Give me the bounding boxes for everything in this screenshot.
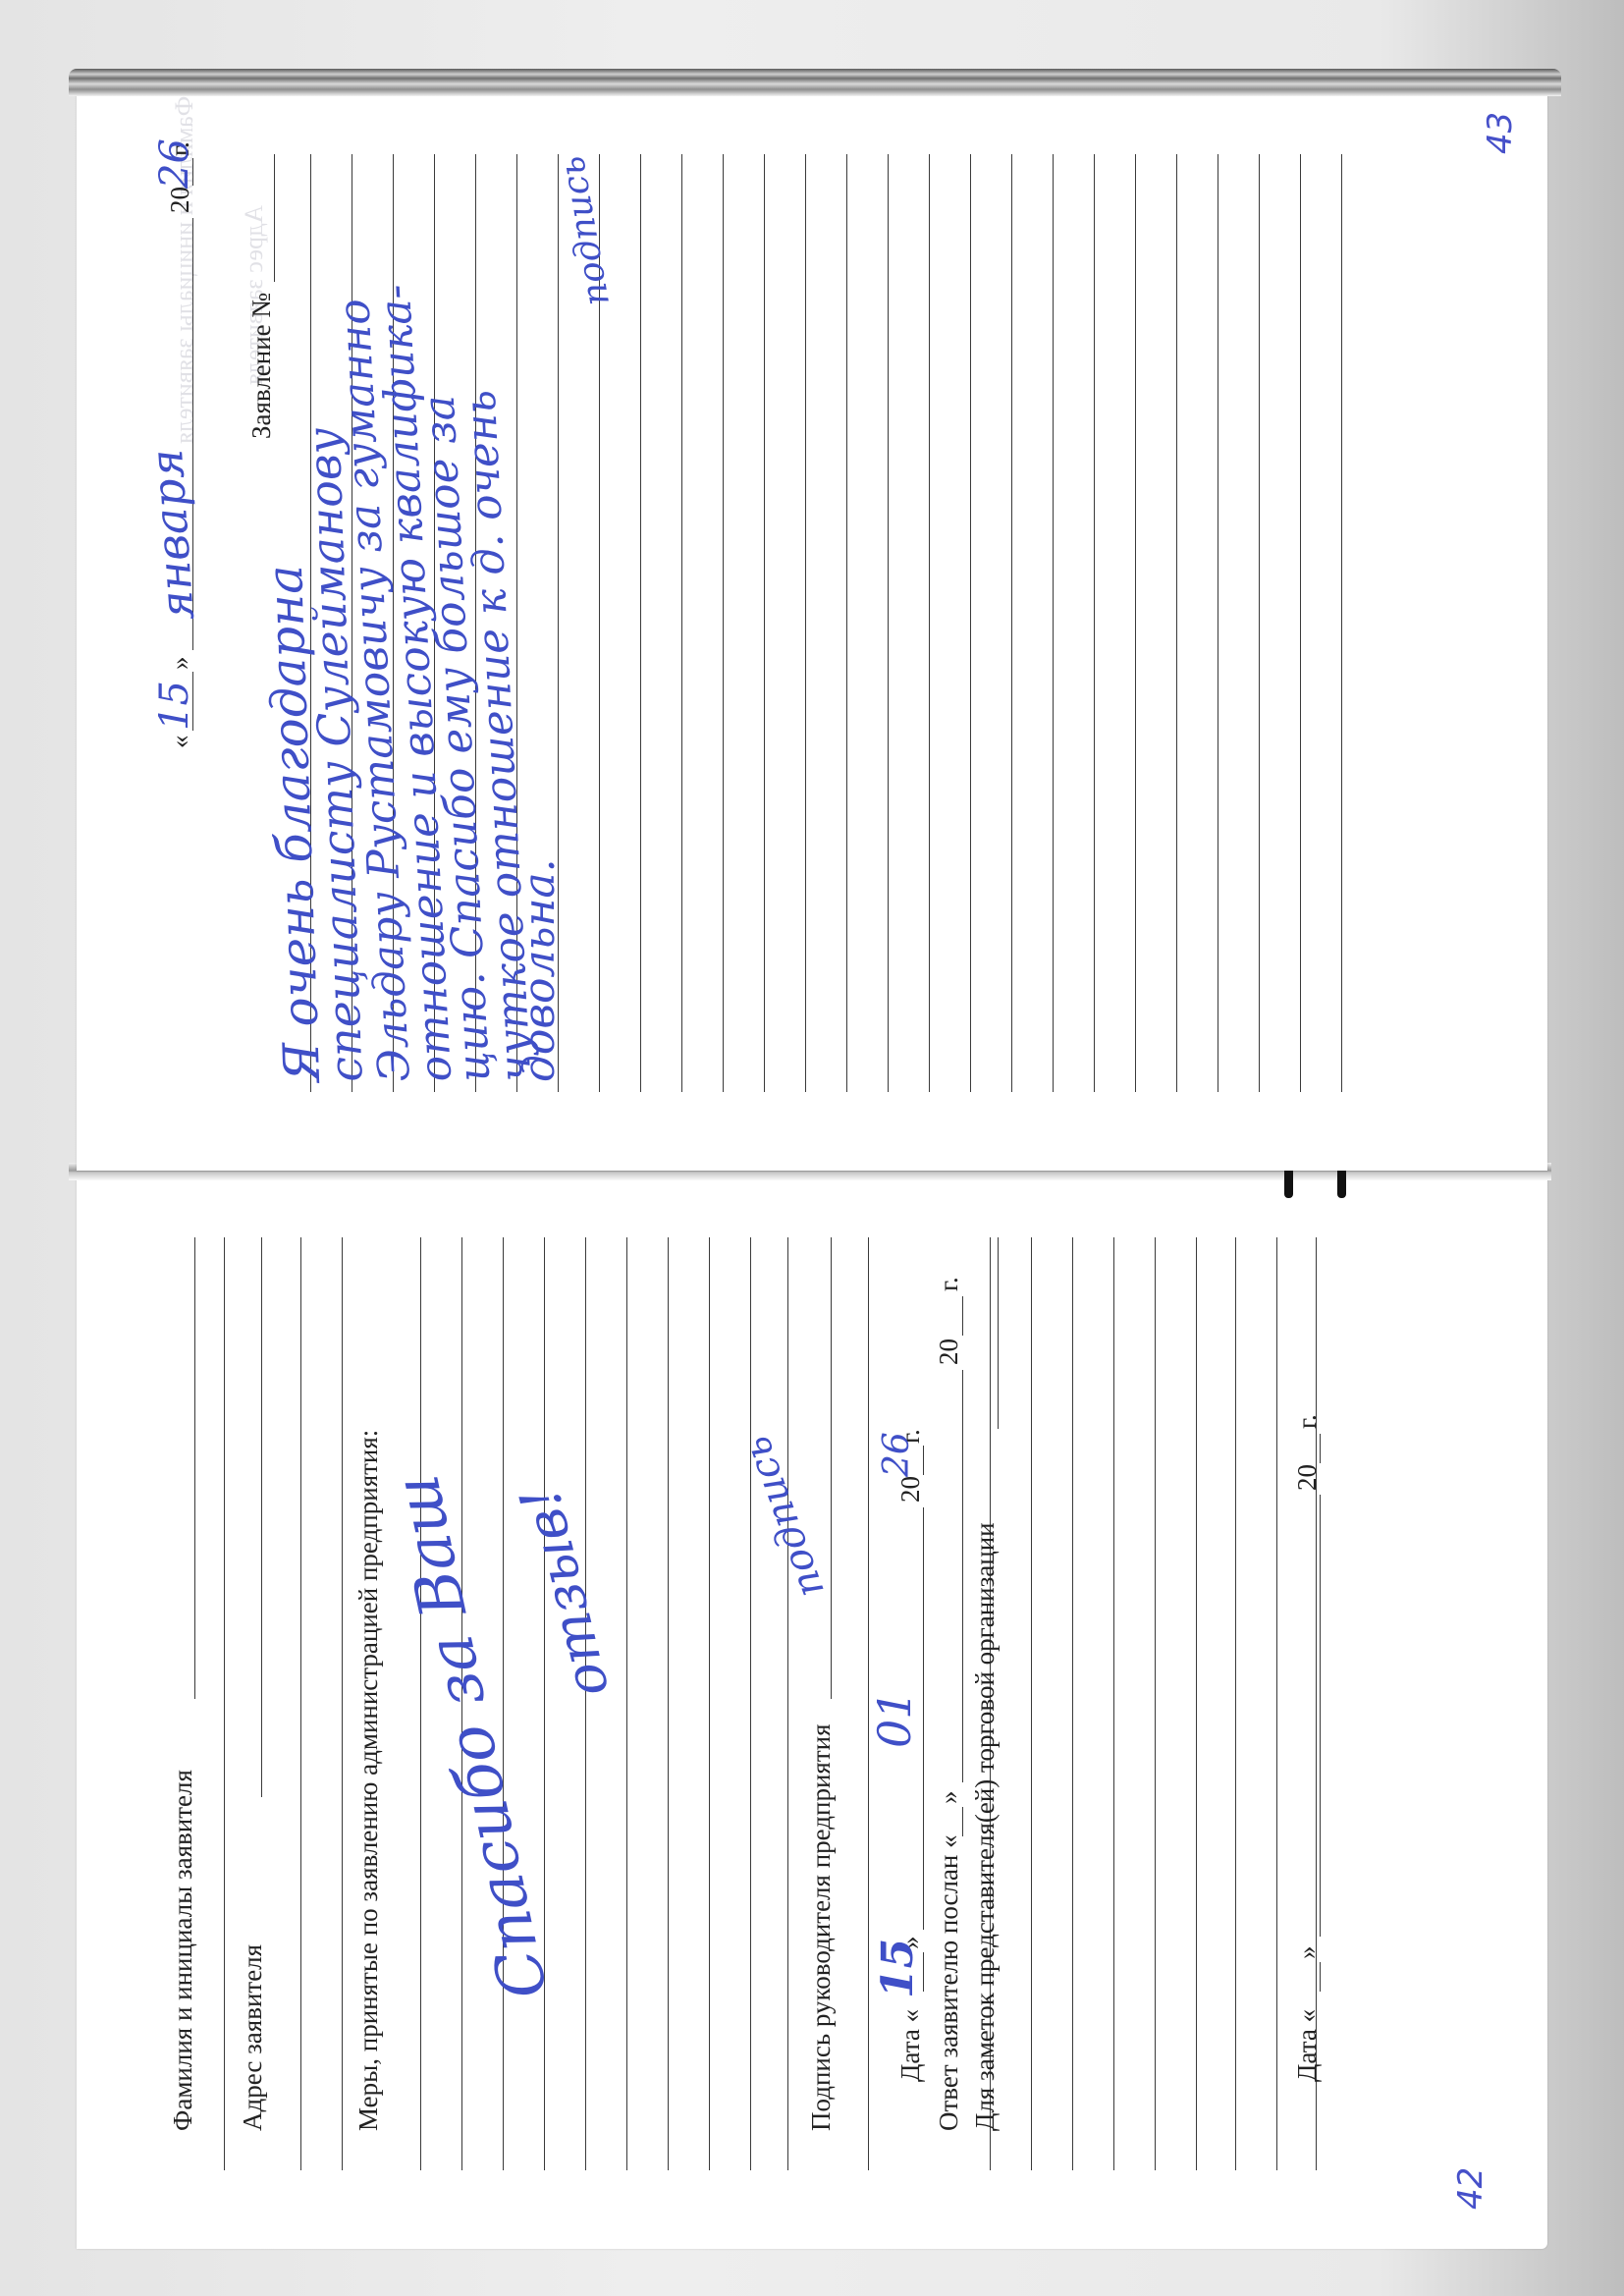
handwritten-date-month: 01 [872,1690,917,1748]
notes-label: Для заметок представителя(ей) торговой о… [972,1522,999,2131]
ruled-line [1094,154,1095,1092]
statement-line: довольна. [518,858,562,1082]
ruled-line [1072,1237,1073,2170]
ruled-line [1235,1237,1236,2170]
handwritten-year: 26 [155,138,194,189]
ruled-line [1259,154,1260,1092]
measures-label: Меры, принятые по заявлению администраци… [355,1430,382,2131]
ruled-line [764,154,765,1092]
ruled-line [1218,154,1218,1092]
ruled-line [787,1237,788,2170]
notes-date-label: Дата « [1294,2009,1321,2082]
ruled-line [224,1237,225,2170]
reply-month-line [962,1370,963,1782]
handwritten-month: января [143,448,200,623]
ruled-line [723,154,724,1092]
page-number-42: 42 [1451,2167,1490,2210]
ruled-line [420,1237,421,2170]
ruled-line [846,154,847,1092]
notes-day-line [1320,1962,1321,1992]
notes-year-suffix: г. [1294,1414,1321,1429]
ruled-line [750,1237,751,2170]
ruled-line [544,1237,545,2170]
ruled-line [1113,1237,1114,2170]
ruled-line [888,154,889,1092]
date-year-prefix: 20 [897,1476,924,1503]
date-open-quote: « [167,736,193,749]
ruled-line [342,1237,343,2170]
ruled-line [805,154,806,1092]
ruled-line [929,154,930,1092]
statement-number-line [274,154,275,282]
notes-line [998,1237,999,1429]
applicant-signature: подпись [555,153,616,308]
ruled-line [1155,1237,1156,2170]
statement-year-prefix: 20 [167,187,193,213]
reply-year-line [962,1296,963,1336]
notebook-binding-edge [69,69,1561,96]
notes-year-line [1320,1434,1321,1463]
date-day-line [923,1952,924,1992]
reply-year-prefix: 20 [936,1339,962,1365]
ruled-line [626,1237,627,2170]
handwritten-date-year: 26 [880,1432,915,1477]
applicant-name-line [194,1237,195,1699]
page-42: Фамилия и инициалы заявителя Адрес заяви… [77,1176,1547,2249]
handwritten-reply-line2: отзыв! [513,1481,618,1702]
applicant-name-label: Фамилия и инициалы заявителя [170,1770,196,2131]
ruled-line [1031,1237,1032,2170]
ruled-line [1053,154,1054,1092]
ruled-line [681,154,682,1092]
statement-label: Заявление № [248,293,275,439]
date-close-quote: » [167,657,193,671]
manager-signature-label: Подпись руководителя предприятия [808,1724,835,2132]
ruled-line [1300,154,1301,1092]
reply-day-line [962,1807,963,1836]
notes-date-close: » [1294,1946,1321,1960]
ruled-line [970,154,971,1092]
date-label: Дата « [897,2009,924,2082]
ruled-line [1276,1237,1277,2170]
applicant-address-line [261,1237,262,1797]
ruled-line [640,154,641,1092]
page-number-43: 43 [1481,112,1520,154]
handwritten-date-day: 15 [877,1939,920,1998]
handwritten-day: 15 [155,681,194,731]
reply-close-quote: » [936,1791,962,1805]
notes-month-line [1320,1495,1321,1937]
applicant-address-label: Адрес заявителя [240,1944,266,2131]
ruled-line [668,1237,669,2170]
ruled-line [503,1237,504,2170]
ruled-line [1135,154,1136,1092]
ruled-line [1176,154,1177,1092]
reply-sent-label: Ответ заявителю послан « [936,1834,962,2131]
ruled-line [709,1237,710,2170]
ruled-line [1011,154,1012,1092]
ruled-line [1341,154,1342,1092]
date-year-line [923,1446,924,1475]
ruled-line [585,1237,586,2170]
ruled-line [1196,1237,1197,2170]
date-month-line [923,1507,924,1930]
notes-year-prefix: 20 [1294,1464,1321,1491]
page-43: Фамилия и инициалы заявителя Адрес заяви… [77,86,1547,1171]
notebook-spread: Фамилия и инициалы заявителя Адрес заяви… [0,0,1624,2296]
reply-year-suffix: г. [936,1277,962,1291]
signature-line [831,1237,832,1699]
ruled-line [300,1237,301,2170]
